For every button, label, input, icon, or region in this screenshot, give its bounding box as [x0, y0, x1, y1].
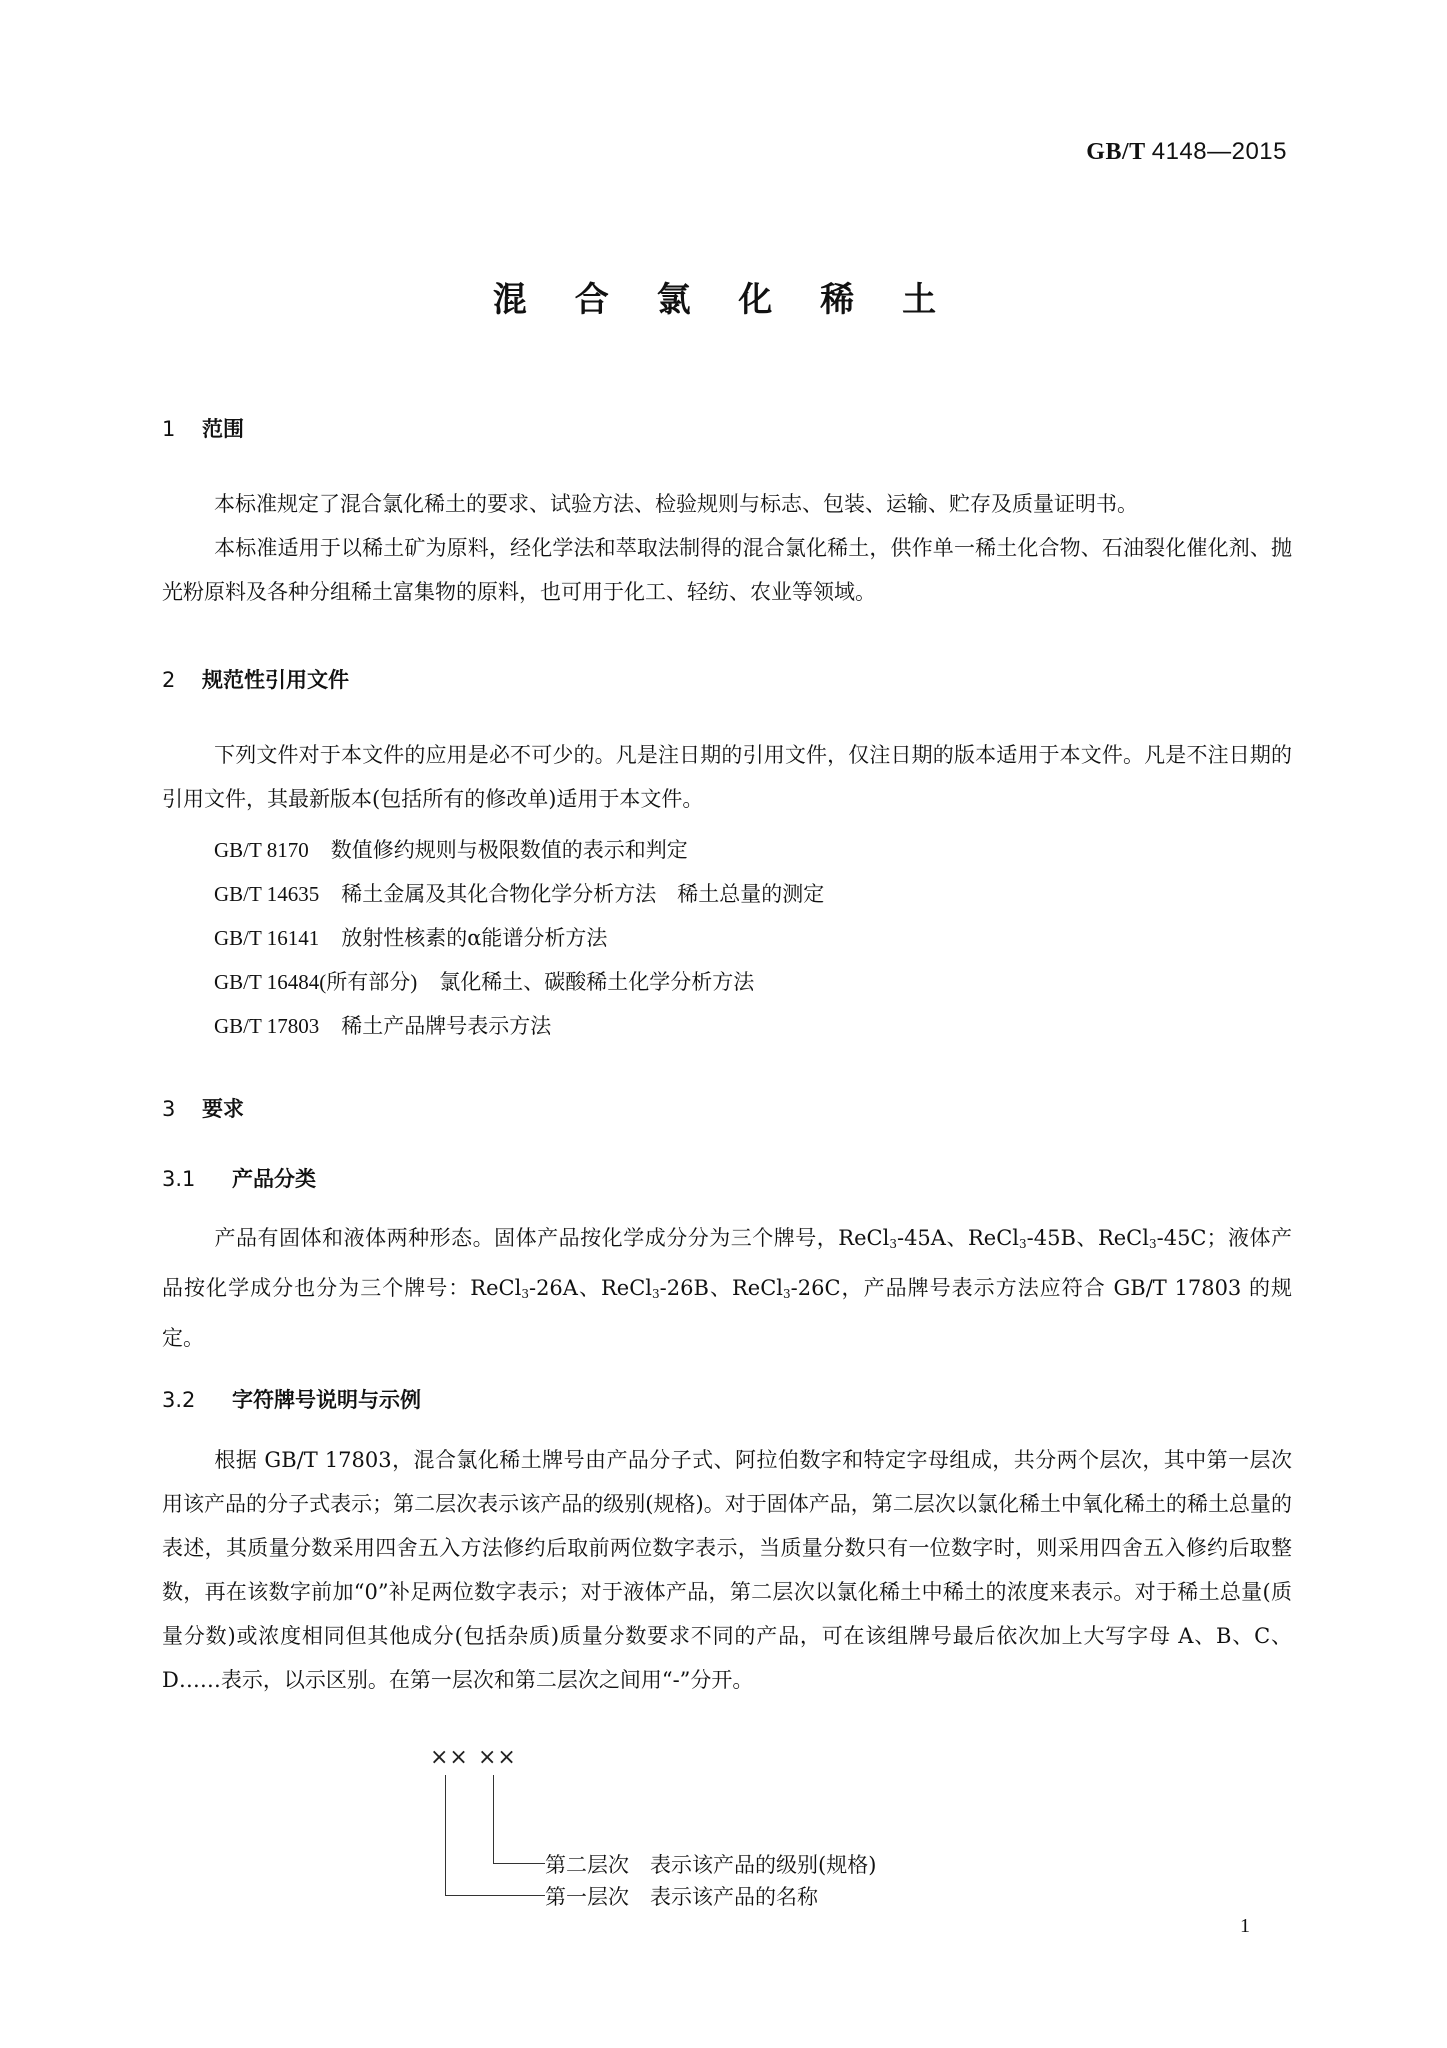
second-level-placeholder: ××	[478, 1745, 517, 1770]
section-3-heading: 3要求	[162, 1093, 244, 1123]
second-level-description: 表示该产品的级别(规格)	[650, 1849, 876, 1879]
first-level-description: 表示该产品的名称	[650, 1881, 818, 1911]
standard-code: GB/T 4148—2015	[1086, 138, 1287, 166]
second-level-leader-vertical	[493, 1775, 494, 1863]
formula: ReCl	[968, 1226, 1019, 1250]
paragraph-text: 本标准规定了混合氯化稀土的要求、试验方法、检验规则与标志、包装、运输、贮存及质量…	[214, 492, 1138, 516]
first-level-label: 第一层次	[545, 1881, 629, 1911]
first-level-leader-vertical	[445, 1775, 446, 1895]
subscript: 3	[889, 1237, 897, 1251]
section-number: 1	[162, 417, 202, 441]
first-level-placeholder: ××	[430, 1745, 469, 1770]
formula: ReCl	[601, 1276, 652, 1300]
reference-title: 稀土产品牌号表示方法	[341, 1014, 551, 1038]
formula: ReCl	[470, 1276, 521, 1300]
section-1-heading: 1范围	[162, 413, 244, 443]
subsection-3-2-paragraph: 根据 GB/T 17803，混合氯化稀土牌号由产品分子式、阿拉伯数字和特定字母组…	[162, 1438, 1292, 1702]
first-level-leader-horizontal	[445, 1895, 545, 1896]
standard-prefix: GB/T	[1086, 139, 1145, 165]
grade: -45C；	[1157, 1226, 1228, 1250]
section-1-paragraph-1: 本标准规定了混合氯化稀土的要求、试验方法、检验规则与标志、包装、运输、贮存及质量…	[162, 482, 1292, 526]
subscript: 3	[1019, 1237, 1027, 1251]
grade: -26B、	[660, 1276, 732, 1300]
subscript: 3	[521, 1287, 529, 1301]
document-title: 混 合 氯 化 稀 土	[0, 272, 1447, 321]
section-2-heading: 2规范性引用文件	[162, 664, 349, 694]
reference-item: GB/T 16141放射性核素的α能谱分析方法	[214, 922, 607, 952]
reference-item: GB/T 16484(所有部分)氯化稀土、碳酸稀土化学分析方法	[214, 966, 754, 996]
subsection-3-2-heading: 3.2字符牌号说明与示例	[162, 1384, 421, 1414]
second-level-leader-horizontal	[493, 1863, 545, 1864]
grade: -26A、	[529, 1276, 601, 1300]
subscript: 3	[1149, 1237, 1157, 1251]
formula: ReCl	[1098, 1226, 1149, 1250]
reference-code: GB/T 16141	[214, 926, 319, 950]
reference-item: GB/T 14635稀土金属及其化合物化学分析方法 稀土总量的测定	[214, 878, 824, 908]
reference-title: 数值修约规则与极限数值的表示和判定	[331, 838, 688, 862]
formula: ReCl	[732, 1276, 783, 1300]
page-number: 1	[1240, 1915, 1250, 1938]
section-title: 要求	[202, 1097, 244, 1121]
subscript: 3	[783, 1287, 791, 1301]
reference-title: 氯化稀土、碳酸稀土化学分析方法	[439, 970, 754, 994]
subsection-3-1-heading: 3.1产品分类	[162, 1163, 316, 1193]
section-title: 范围	[202, 417, 244, 441]
second-level-label: 第二层次	[545, 1849, 629, 1879]
section-number: 2	[162, 668, 202, 692]
section-2-paragraph: 下列文件对于本文件的应用是必不可少的。凡是注日期的引用文件，仅注日期的版本适用于…	[162, 733, 1292, 821]
paragraph-text: 根据 GB/T 17803，混合氯化稀土牌号由产品分子式、阿拉伯数字和特定字母组…	[162, 1448, 1292, 1692]
grade-designation-diagram: ×× ×× 第二层次 表示该产品的级别(规格) 第一层次 表示该产品的名称	[430, 1745, 1130, 1925]
standard-number: 4148—2015	[1152, 138, 1287, 165]
section-title: 规范性引用文件	[202, 668, 349, 692]
formula: ReCl	[838, 1226, 889, 1250]
subsection-3-1-paragraph: 产品有固体和液体两种形态。固体产品按化学成分分为三个牌号，ReCl3-45A、R…	[162, 1216, 1292, 1360]
grade: -45B、	[1027, 1226, 1098, 1250]
section-number: 3	[162, 1097, 202, 1121]
reference-item: GB/T 8170数值修约规则与极限数值的表示和判定	[214, 834, 688, 864]
text-run: 产品有固体和液体两种形态。固体产品按化学成分分为三个牌号，	[214, 1226, 838, 1250]
subsection-title: 产品分类	[232, 1167, 316, 1191]
subscript: 3	[652, 1287, 660, 1301]
subsection-number: 3.1	[162, 1167, 232, 1191]
subsection-title: 字符牌号说明与示例	[232, 1388, 421, 1412]
reference-title: 放射性核素的α能谱分析方法	[341, 926, 607, 950]
subsection-number: 3.2	[162, 1388, 232, 1412]
reference-item: GB/T 17803稀土产品牌号表示方法	[214, 1010, 551, 1040]
reference-code: GB/T 16484(所有部分)	[214, 970, 417, 994]
paragraph-text: 本标准适用于以稀土矿为原料，经化学法和萃取法制得的混合氯化稀土，供作单一稀土化合…	[162, 536, 1292, 604]
grade: -26C，	[791, 1276, 864, 1300]
reference-code: GB/T 17803	[214, 1014, 319, 1038]
reference-code: GB/T 8170	[214, 838, 309, 862]
section-1-paragraph-2: 本标准适用于以稀土矿为原料，经化学法和萃取法制得的混合氯化稀土，供作单一稀土化合…	[162, 526, 1292, 614]
paragraph-text: 下列文件对于本文件的应用是必不可少的。凡是注日期的引用文件，仅注日期的版本适用于…	[162, 743, 1292, 811]
reference-code: GB/T 14635	[214, 882, 319, 906]
grade: -45A、	[897, 1226, 968, 1250]
reference-title: 稀土金属及其化合物化学分析方法 稀土总量的测定	[341, 882, 824, 906]
